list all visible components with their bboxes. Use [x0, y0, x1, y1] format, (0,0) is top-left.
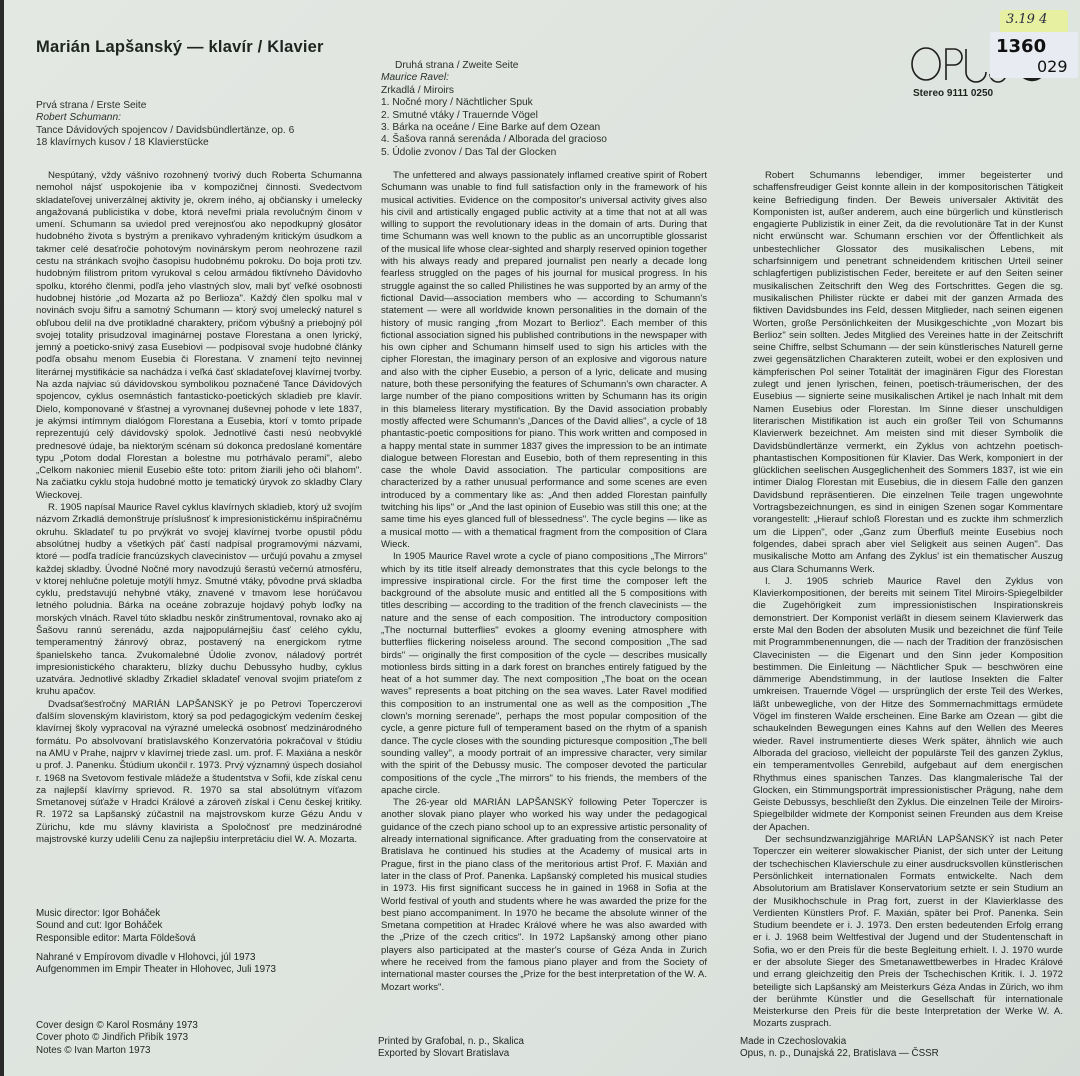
sleeve-left-edge [0, 0, 4, 1076]
credit-line: Music director: Igor Boháček [36, 908, 196, 920]
copyright-line: Cover photo © Jindřich Přibík 1973 [36, 1032, 198, 1044]
inventory-subnumber: 029 [1037, 57, 1068, 76]
recording-line: Nahrané v Empírovom divadle v Hlohovci, … [36, 952, 276, 964]
side-a-composer: Robert Schumann: [36, 112, 294, 124]
notes-paragraph: The 26-year old MARIÁN LAPŠANSKÝ followi… [381, 797, 707, 994]
notes-paragraph: R. 1905 napísal Maurice Ravel cyklus kla… [36, 502, 362, 699]
notes-slovak: Nespútaný, vždy vášnivo rozohnený tvoriv… [36, 170, 362, 846]
side-b-composer: Maurice Ravel: [381, 72, 607, 84]
publisher-line: Opus, n. p., Dunajská 22, Bratislava — Č… [740, 1048, 939, 1060]
side-a-subtitle: 18 klavírnych kusov / 18 Klavierstücke [36, 137, 294, 149]
notes-paragraph: The unfettered and always passionately i… [381, 170, 707, 551]
notes-english: The unfettered and always passionately i… [381, 170, 707, 994]
inventory-number: 1360 [996, 36, 1046, 57]
credit-line: Sound and cut: Igor Boháček [36, 920, 196, 932]
album-title: Marián Lapšanský — klavír / Klavier [36, 38, 324, 57]
catalog-number: Stereo 9111 0250 [913, 88, 993, 99]
notes-german: Robert Schumanns lebendiger, immer begei… [753, 170, 1063, 1031]
printer-line: Exported by Slovart Bratislava [378, 1048, 524, 1060]
side-b-track: 1. Nočné mory / Nächtlicher Spuk [381, 97, 607, 109]
publisher-line: Made in Czechoslovakia [740, 1036, 939, 1048]
printer-line: Printed by Grafobal, n. p., Skalica [378, 1036, 524, 1048]
notes-paragraph: Der sechsundzwanzigjährige MARIÁN LAPŠAN… [753, 834, 1063, 1031]
notes-paragraph: Dvadsaťšesťročný MARIÁN LAPŠANSKÝ je po … [36, 699, 362, 847]
side-a-work: Tance Dávidových spojencov / Davidsbündl… [36, 125, 294, 137]
side-b-heading: Druhá strana / Zweite Seite [381, 60, 607, 72]
side-b-listing: Druhá strana / Zweite Seite Maurice Rave… [381, 60, 607, 159]
printer-info: Printed by Grafobal, n. p., Skalica Expo… [378, 1036, 524, 1061]
side-b-track: 2. Smutné vtáky / Trauernde Vögel [381, 110, 607, 122]
side-a-listing: Prvá strana / Erste Seite Robert Schuman… [36, 100, 294, 150]
copyright-info: Cover design © Karol Rosmány 1973 Cover … [36, 1020, 198, 1057]
copyright-line: Notes © Ivan Marton 1973 [36, 1045, 198, 1057]
copyright-line: Cover design © Karol Rosmány 1973 [36, 1020, 198, 1032]
credit-line: Responsible editor: Marta Földešová [36, 933, 196, 945]
production-credits: Music director: Igor Boháček Sound and c… [36, 908, 196, 945]
side-b-work: Zrkadlá / Miroirs [381, 85, 607, 97]
recording-line: Aufgenommen im Empir Theater in Hlohovec… [36, 964, 276, 976]
recording-info: Nahrané v Empírovom divadle v Hlohovci, … [36, 952, 276, 977]
side-b-track: 5. Údolie zvonov / Das Tal der Glocken [381, 147, 607, 159]
notes-paragraph: Robert Schumanns lebendiger, immer begei… [753, 170, 1063, 576]
publisher-info: Made in Czechoslovakia Opus, n. p., Duna… [740, 1036, 939, 1061]
side-b-track: 4. Šašova ranná serenáda / Alborada del … [381, 134, 607, 146]
side-a-heading: Prvá strana / Erste Seite [36, 100, 294, 112]
notes-paragraph: I. J. 1905 schrieb Maurice Ravel den Zyk… [753, 576, 1063, 834]
side-b-track: 3. Bárka na oceáne / Eine Barke auf dem … [381, 122, 607, 134]
notes-paragraph: Nespútaný, vždy vášnivo rozohnený tvoriv… [36, 170, 362, 502]
notes-paragraph: In 1905 Maurice Ravel wrote a cycle of p… [381, 551, 707, 797]
handwritten-note: 3.19 4 [1006, 12, 1047, 27]
